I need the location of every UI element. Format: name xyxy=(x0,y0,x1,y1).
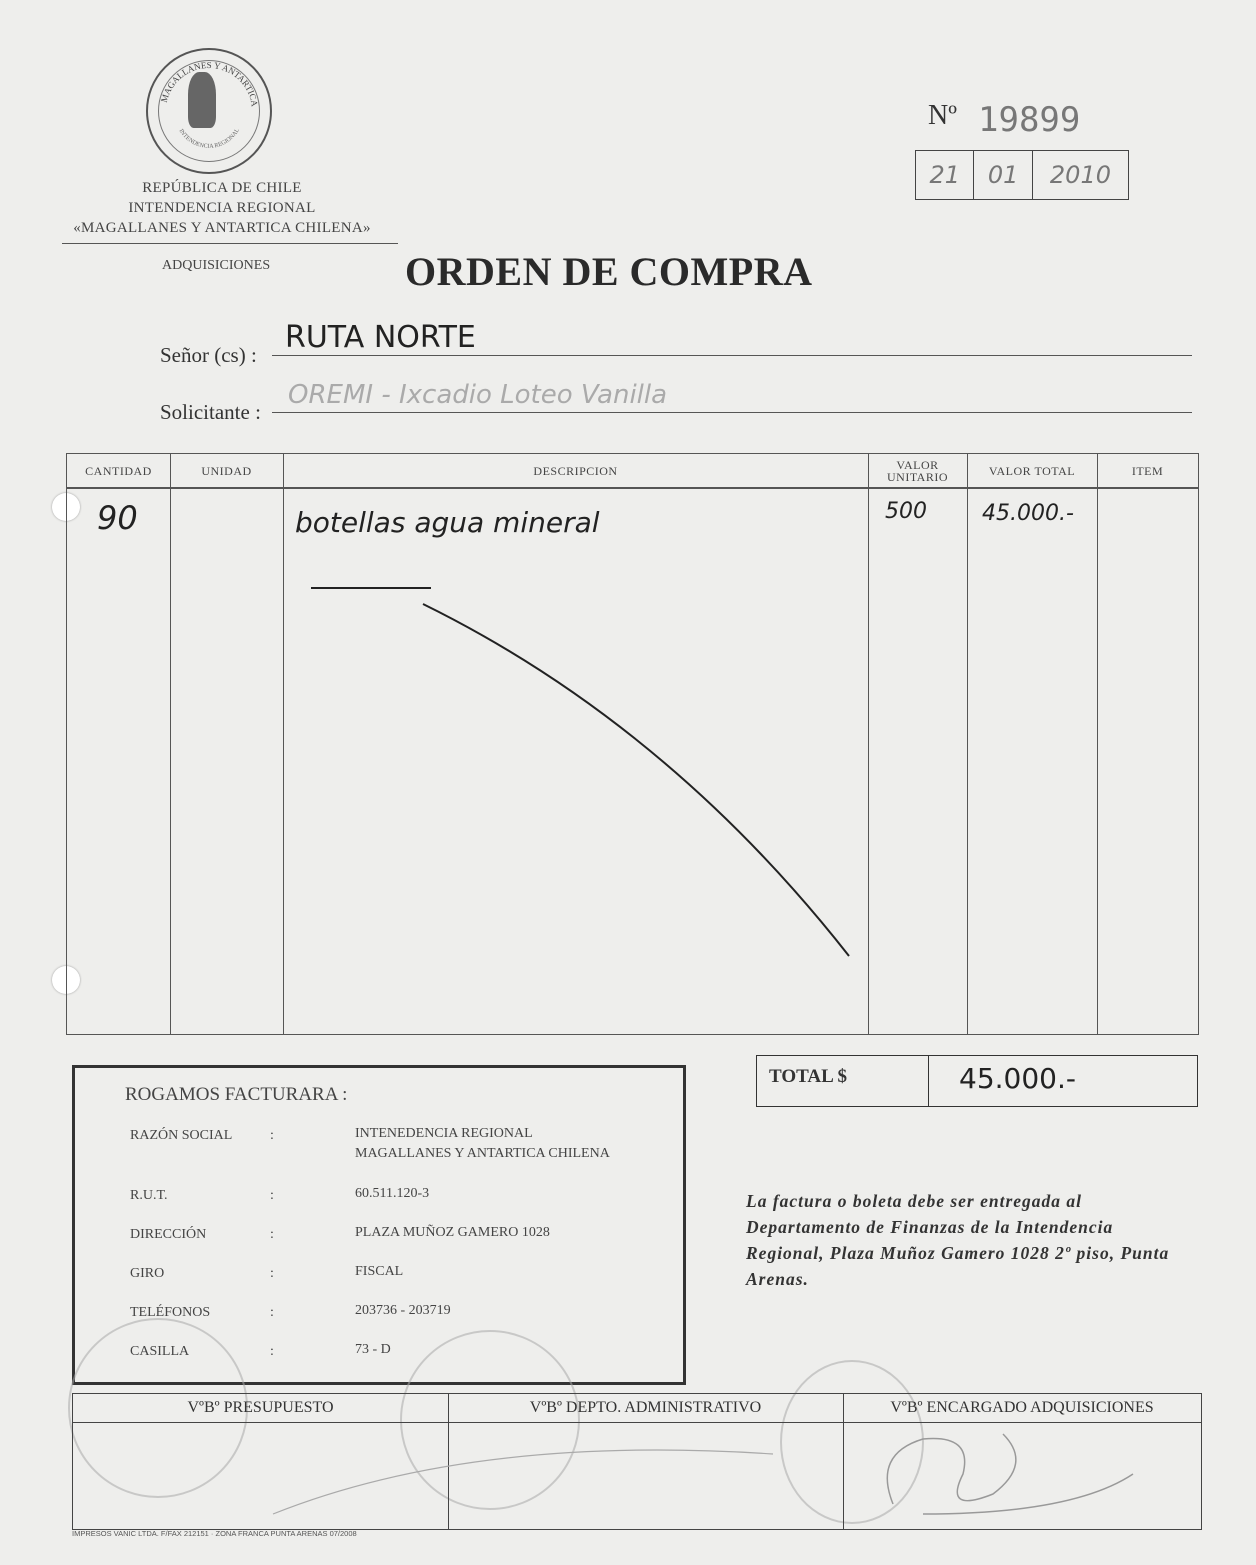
items-table: CANTIDAD UNIDAD DESCRIPCION VALOR UNITAR… xyxy=(66,453,1199,1035)
billing-value: PLAZA MUÑOZ GAMERO 1028 xyxy=(355,1225,550,1241)
billing-sep: : xyxy=(270,1188,274,1204)
svg-text:MAGALLANES Y ANTARTICA CHILENA: MAGALLANES Y ANTARTICA CHILENA xyxy=(148,50,260,109)
date-box: 21 01 2010 xyxy=(915,150,1129,200)
senor-label: Señor (cs) : xyxy=(160,343,257,368)
solicitante-line xyxy=(272,412,1192,413)
header-divider xyxy=(62,243,398,244)
org-line-3: «MAGALLANES Y ANTARTICA CHILENA» xyxy=(42,220,402,237)
seal-logo: MAGALLANES Y ANTARTICA CHILENA INTENDENC… xyxy=(146,48,272,174)
billing-value: 73 - D xyxy=(355,1342,391,1358)
date-month: 01 xyxy=(974,151,1032,199)
billing-value: 203736 - 203719 xyxy=(355,1303,451,1319)
svg-text:INTENDENCIA REGIONAL: INTENDENCIA REGIONAL xyxy=(178,127,241,150)
billing-value: FISCAL xyxy=(355,1264,403,1280)
total-box: TOTAL $ 45.000.- xyxy=(756,1055,1198,1107)
billing-sep: : xyxy=(270,1128,274,1144)
signature xyxy=(73,1394,1201,1529)
date-year: 2010 xyxy=(1033,151,1128,199)
billing-value: 60.511.120-3 xyxy=(355,1186,429,1202)
senor-value[interactable]: RUTA NORTE xyxy=(285,320,476,355)
billing-sep: : xyxy=(270,1344,274,1360)
senor-line xyxy=(272,355,1192,356)
invoice-note: La factura o boleta debe ser entregada a… xyxy=(746,1188,1196,1292)
billing-label: R.U.T. xyxy=(130,1188,167,1204)
strike-line xyxy=(67,454,1198,1034)
org-line-1: REPÚBLICA DE CHILE xyxy=(42,180,402,197)
order-number: 19899 xyxy=(978,100,1080,140)
org-line-2: INTENDENCIA REGIONAL xyxy=(42,200,402,217)
billing-sep: : xyxy=(270,1227,274,1243)
date-day: 21 xyxy=(916,151,974,199)
billing-sep: : xyxy=(270,1305,274,1321)
printer-footer: IMPRESOS VANIC LTDA. F/FAX 212151 · ZONA… xyxy=(72,1529,357,1538)
total-label: TOTAL $ xyxy=(757,1056,929,1106)
total-value[interactable]: 45.000.- xyxy=(929,1056,1197,1106)
solicitante-value[interactable]: OREMI - Ixcadio Loteo Vanilla xyxy=(288,380,667,410)
billing-label: DIRECCIÓN xyxy=(130,1227,206,1243)
approvals-table: VºBº PRESUPUESTO VºBº DEPTO. ADMINISTRAT… xyxy=(72,1393,1202,1530)
billing-label: GIRO xyxy=(130,1266,164,1282)
billing-value: INTENEDENCIA REGIONAL xyxy=(355,1126,533,1142)
solicitante-label: Solicitante : xyxy=(160,400,261,425)
billing-value: MAGALLANES Y ANTARTICA CHILENA xyxy=(355,1146,610,1162)
billing-sep: : xyxy=(270,1266,274,1282)
billing-label: RAZÓN SOCIAL xyxy=(130,1128,232,1144)
billing-title: ROGAMOS FACTURARA : xyxy=(125,1084,347,1106)
page-title: ORDEN DE COMPRA xyxy=(405,248,812,295)
department-label: ADQUISICIONES xyxy=(162,258,270,274)
order-number-label: Nº xyxy=(928,100,957,132)
